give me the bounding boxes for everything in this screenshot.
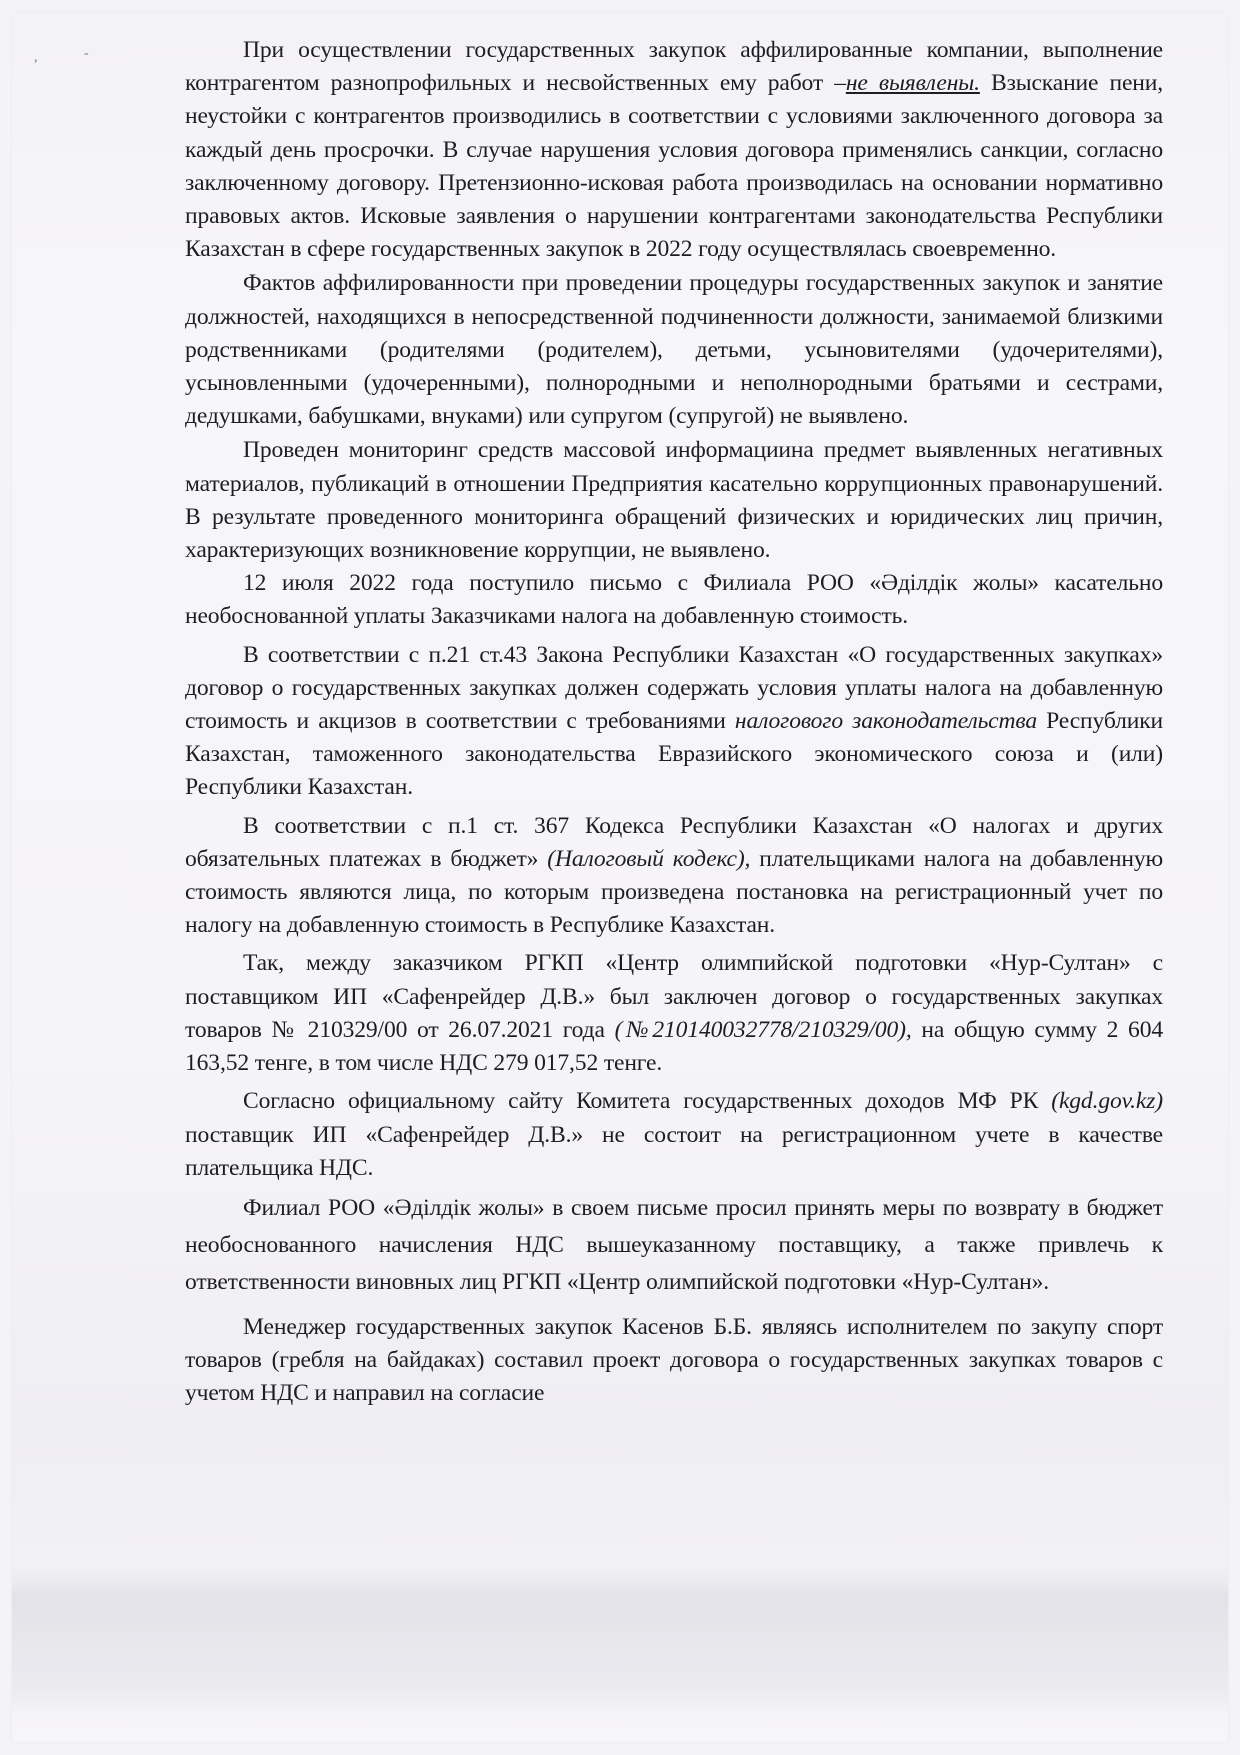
text-run: Филиал РОО «Әділдік жолы» в своем письме… xyxy=(185,1195,1163,1295)
document-body: При осуществлении государственных закупо… xyxy=(185,34,1163,1411)
text-run: 12 июля 2022 года поступило письмо с Фил… xyxy=(185,570,1163,629)
text-run: поставщик ИП «Сафенрейдер Д.В.» не состо… xyxy=(185,1122,1163,1181)
text-run: Менеджер государственных закупок Касенов… xyxy=(185,1314,1163,1406)
scan-artifact-mark: - xyxy=(84,46,89,62)
paragraph-kgd-registration: Согласно официальному сайту Комитета гос… xyxy=(185,1085,1163,1185)
paragraph-branch-request: Филиал РОО «Әділдік жолы» в своем письме… xyxy=(185,1190,1163,1301)
text-run: Проведен мониторинг средств массовой инф… xyxy=(185,437,1163,563)
text-run-italic: (kgd.gov.kz) xyxy=(1051,1088,1163,1114)
text-run-italic: (№210140032778/210329/00), xyxy=(615,1017,912,1043)
text-run-italic: налогового законодательства xyxy=(735,708,1037,734)
text-run: Взыскание пени, неустойки с контрагентов… xyxy=(185,70,1163,262)
paragraph-contract-details: Так, между заказчиком РГКП «Центр олимпи… xyxy=(185,947,1163,1080)
paragraph-affiliation-facts: Фактов аффилированности при проведении п… xyxy=(185,267,1163,433)
paragraph-manager-action: Менеджер государственных закупок Касенов… xyxy=(185,1311,1163,1411)
paragraph-media-monitoring: Проведен мониторинг средств массовой инф… xyxy=(185,434,1163,567)
scan-artifact-mark: , xyxy=(34,50,38,66)
scanned-document-page: , - При осуществлении государственных за… xyxy=(12,12,1228,1742)
text-run: Фактов аффилированности при проведении п… xyxy=(185,270,1163,429)
text-run: Согласно официальному сайту Комитета гос… xyxy=(243,1088,1051,1114)
scan-shadow-band xyxy=(12,1567,1228,1717)
text-run-italic: (Налоговый кодекс), xyxy=(547,846,750,872)
paragraph-law-reference: В соответствии с п.21 ст.43 Закона Респу… xyxy=(185,639,1163,805)
text-run-italic-underlined: не выявлены. xyxy=(846,70,980,96)
paragraph-procurement-affiliation: При осуществлении государственных закупо… xyxy=(185,34,1163,266)
paragraph-letter-received: 12 июля 2022 года поступило письмо с Фил… xyxy=(185,567,1163,633)
paragraph-tax-code-reference: В соответствии с п.1 ст. 367 Кодекса Рес… xyxy=(185,810,1163,943)
